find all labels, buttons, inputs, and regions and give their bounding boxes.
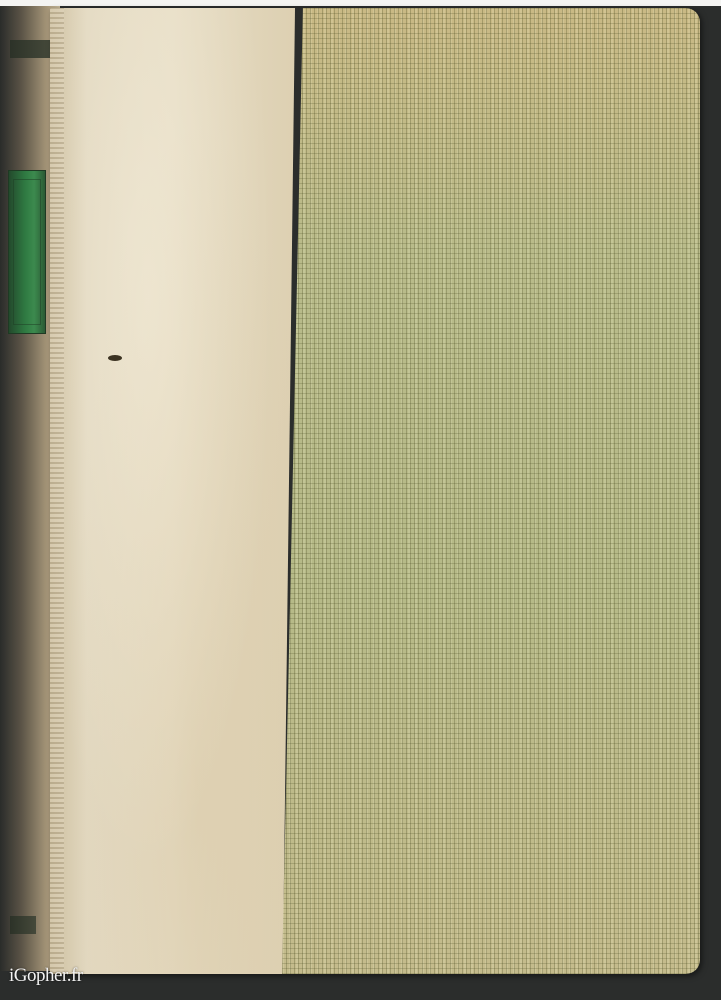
cream-cloth-panel [50,8,295,974]
green-linen-panel [282,8,700,974]
stain-mark [108,355,122,361]
spine-top-band [10,40,50,58]
book-back-cover [50,8,700,974]
watermark-text: iGopher.fr [9,965,83,987]
spine-hinge [50,8,64,974]
spine-bottom-band [10,916,36,934]
spine-green-label [8,170,46,334]
top-border [0,0,721,6]
